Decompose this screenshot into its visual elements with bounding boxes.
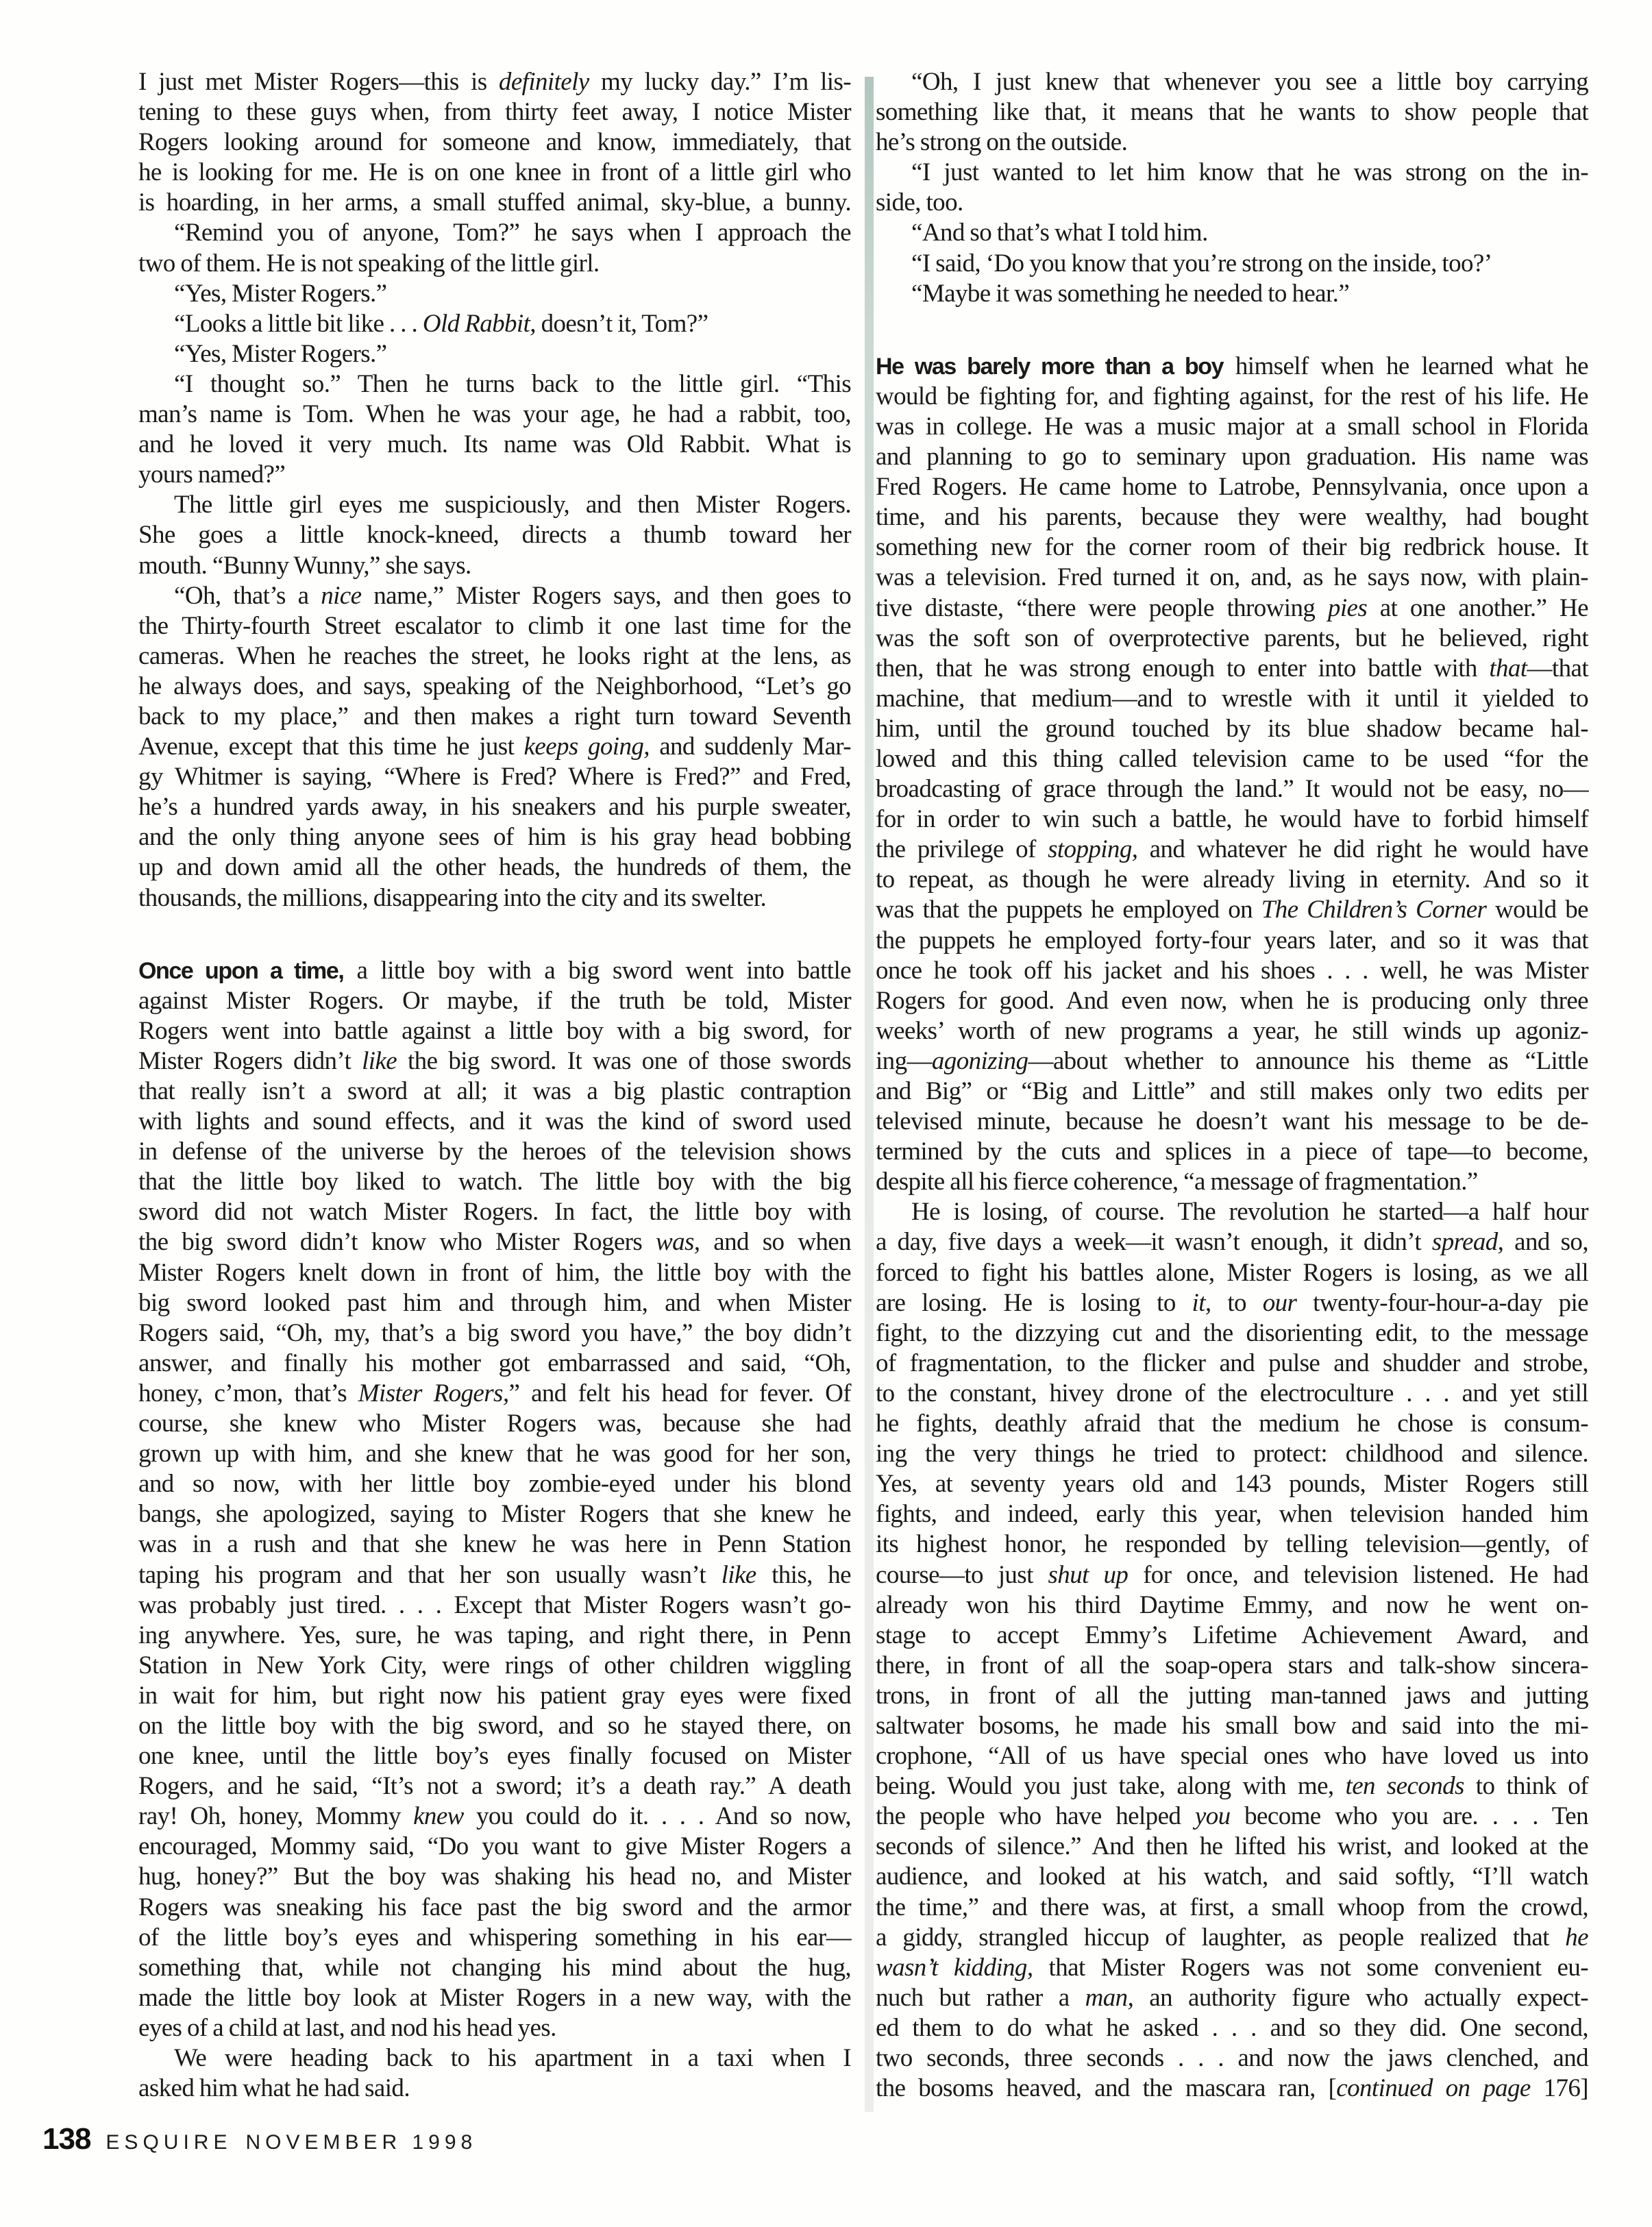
text-line: on the little boy with the big sword, an…: [138, 1711, 851, 1741]
text-line: the people who have helped you become wh…: [876, 1801, 1588, 1832]
italic-emphasis: was,: [656, 1228, 700, 1256]
section-lead-in: He was barely more than a boy: [876, 354, 1223, 380]
text-line: man’s name is Tom. When he was your age,…: [138, 399, 851, 430]
text-line: and the only thing anyone sees of him is…: [138, 822, 851, 852]
text-line: Avenue, except that this time he just ke…: [138, 732, 851, 762]
text-line: encouraged, Mommy said, “Do you want to …: [138, 1832, 851, 1862]
text-line: and so now, with her little boy zombie-e…: [138, 1469, 851, 1499]
right-column: “Oh, I just knew that whenever you see a…: [876, 67, 1588, 2104]
text-line: two of them. He is not speaking of the l…: [138, 249, 851, 279]
text-line: ing—agonizing—about whether to announce …: [876, 1046, 1588, 1076]
text-line: Yes, at seventy years old and 143 pounds…: [876, 1469, 1588, 1499]
text-line: “Oh, I just knew that whenever you see a…: [876, 67, 1588, 97]
text-line: broadcasting of grace through the land.”…: [876, 774, 1588, 804]
text-line: would be fighting for, and fighting agai…: [876, 382, 1588, 412]
text-line: then, that he was strong enough to enter…: [876, 654, 1588, 684]
left-column: I just met Mister Rogers—this is definit…: [138, 67, 851, 2104]
text-line: the Thirty-fourth Street escalator to cl…: [138, 611, 851, 641]
italic-emphasis: spread,: [1432, 1228, 1503, 1256]
italic-emphasis: it,: [1192, 1289, 1211, 1317]
italic-emphasis: ten seconds: [1346, 1772, 1464, 1800]
page-footer: 138 ESQUIRENOVEMBER 1998: [42, 2122, 477, 2156]
text-line: tening to these guys when, from thirty f…: [138, 97, 851, 127]
text-line: termined by the cuts and splices in a pi…: [876, 1137, 1588, 1167]
section-break: [876, 309, 1588, 352]
text-line: She goes a little knock-kneed, directs a…: [138, 520, 851, 550]
text-line: Station in New York City, were rings of …: [138, 1651, 851, 1681]
text-line: “Oh, that’s a nice name,” Mister Rogers …: [138, 581, 851, 611]
italic-emphasis: that: [1489, 654, 1527, 682]
text-line: was in a rush and that she knew he was h…: [138, 1529, 851, 1560]
text-line: He is losing, of course. The revolution …: [876, 1197, 1588, 1227]
italic-emphasis: continued on page: [1336, 2074, 1530, 2102]
text-line: taping his program and that her son usua…: [138, 1560, 851, 1590]
text-line: Rogers looking around for someone and kn…: [138, 127, 851, 158]
text-line: mouth. “Bunny Wunny,” she says.: [138, 551, 851, 581]
text-line: made the little boy look at Mister Roger…: [138, 1983, 851, 2013]
issue-date: NOVEMBER 1998: [245, 2131, 477, 2154]
text-line: gy Whitmer is saying, “Where is Fred? Wh…: [138, 762, 851, 792]
text-line: to the constant, hivey drone of the elec…: [876, 1379, 1588, 1409]
text-line: “I just wanted to let him know that he w…: [876, 158, 1588, 188]
text-line: Rogers was sneaking his face past the bi…: [138, 1893, 851, 1923]
text-line: already won his third Daytime Emmy, and …: [876, 1590, 1588, 1621]
text-line: hug, honey?” But the boy was shaking his…: [138, 1862, 851, 1892]
text-line: “Yes, Mister Rogers.”: [138, 339, 851, 369]
magazine-name: ESQUIRE: [106, 2131, 232, 2154]
text-line: I just met Mister Rogers—this is definit…: [138, 67, 851, 97]
text-line: seconds of silence.” And then he lifted …: [876, 1832, 1588, 1862]
text-line: he is looking for me. He is on one knee …: [138, 158, 851, 188]
gutter-rule: [865, 77, 874, 2112]
text-line: ing anywhere. Yes, sure, he was taping, …: [138, 1621, 851, 1651]
text-line: side, too.: [876, 188, 1588, 218]
text-line: being. Would you just take, along with m…: [876, 1771, 1588, 1801]
text-line: to repeat, as though he were already liv…: [876, 865, 1588, 895]
text-line: back to my place,” and then makes a righ…: [138, 702, 851, 732]
text-line: ray! Oh, honey, Mommy knew you could do …: [138, 1801, 851, 1832]
text-line: forced to fight his battles alone, Miste…: [876, 1258, 1588, 1288]
text-line: that really isn’t a sword at all; it was…: [138, 1076, 851, 1107]
text-line: course—to just shut up for once, and tel…: [876, 1560, 1588, 1590]
text-line: “I said, ‘Do you know that you’re strong…: [876, 249, 1588, 279]
text-line: in defense of the universe by the heroes…: [138, 1137, 851, 1167]
text-line: once he took off his jacket and his shoe…: [876, 956, 1588, 986]
text-line: something like that, it means that he wa…: [876, 97, 1588, 127]
text-line: despite all his fierce coherence, “a mes…: [876, 1167, 1588, 1197]
text-line: televised minute, because he doesn’t wan…: [876, 1107, 1588, 1137]
text-line: Mister Rogers didn’t like the big sword.…: [138, 1046, 851, 1076]
text-line: “Remind you of anyone, Tom?” he says whe…: [138, 218, 851, 248]
text-line: against Mister Rogers. Or maybe, if the …: [138, 986, 851, 1016]
italic-emphasis: like: [362, 1047, 397, 1075]
text-line: its highest honor, he responded by telli…: [876, 1529, 1588, 1560]
text-line: audience, and looked at his watch, and s…: [876, 1862, 1588, 1892]
text-line: he’s a hundred yards away, in his sneake…: [138, 792, 851, 822]
italic-emphasis: pies: [1328, 594, 1367, 622]
text-line: up and down amid all the other heads, th…: [138, 852, 851, 883]
text-line: of the little boy’s eyes and whispering …: [138, 1923, 851, 1953]
text-line: tive distaste, “there were people throwi…: [876, 593, 1588, 624]
text-line: Rogers for good. And even now, when he i…: [876, 986, 1588, 1016]
text-line: Rogers said, “Oh, my, that’s a big sword…: [138, 1318, 851, 1349]
text-line: and planning to go to seminary upon grad…: [876, 442, 1588, 472]
text-line: a day, five days a week—it wasn’t enough…: [876, 1227, 1588, 1257]
text-line: honey, c’mon, that’s Mister Rogers,” and…: [138, 1379, 851, 1409]
text-line: and Big” or “Big and Little” and still m…: [876, 1076, 1588, 1107]
text-line: bangs, she apologized, saying to Mister …: [138, 1499, 851, 1529]
text-line: in wait for him, but right now his patie…: [138, 1681, 851, 1711]
text-line: sword did not watch Mister Rogers. In fa…: [138, 1197, 851, 1227]
text-line: fight, to the dizzying cut and the disor…: [876, 1318, 1588, 1349]
italic-emphasis: man,: [1085, 1984, 1134, 2012]
text-line: He was barely more than a boy himself wh…: [876, 352, 1588, 382]
italic-emphasis: nice: [321, 582, 361, 610]
text-line: Rogers, and he said, “It’s not a sword; …: [138, 1771, 851, 1801]
text-line: time, and his parents, because they were…: [876, 502, 1588, 532]
text-line: was in college. He was a music major at …: [876, 412, 1588, 442]
text-line: the puppets he employed forty-four years…: [876, 926, 1588, 956]
text-line: two seconds, three seconds . . . and now…: [876, 2043, 1588, 2074]
text-line: for in order to win such a battle, he wo…: [876, 804, 1588, 835]
text-line: fights, and indeed, early this year, whe…: [876, 1499, 1588, 1529]
text-line: weeks’ worth of new programs a year, he …: [876, 1016, 1588, 1046]
text-line: machine, that medium—and to wrestle with…: [876, 684, 1588, 714]
italic-emphasis: The Children’s Corner: [1261, 896, 1487, 924]
text-line: crophone, “All of us have special ones w…: [876, 1741, 1588, 1771]
text-line: of fragmentation, to the flicker and pul…: [876, 1349, 1588, 1379]
text-line: him, until the ground touched by its blu…: [876, 714, 1588, 744]
text-line: and he loved it very much. Its name was …: [138, 430, 851, 460]
text-line: ing the very things he tried to protect:…: [876, 1439, 1588, 1469]
text-line: the time,” and there was, at first, a sm…: [876, 1893, 1588, 1923]
italic-emphasis: knew: [413, 1802, 464, 1830]
text-line: thousands, the millions, disappearing in…: [138, 883, 851, 913]
text-line: We were heading back to his apartment in…: [138, 2043, 851, 2074]
text-line: Fred Rogers. He came home to Latrobe, Pe…: [876, 472, 1588, 502]
italic-emphasis: he: [1565, 1923, 1588, 1952]
italic-emphasis: our: [1263, 1289, 1297, 1317]
text-line: he fights, deathly afraid that the mediu…: [876, 1409, 1588, 1439]
text-line: Once upon a time, a little boy with a bi…: [138, 956, 851, 986]
italic-emphasis: agonizing: [932, 1047, 1028, 1075]
text-line: lowed and this thing called television c…: [876, 744, 1588, 774]
text-line: “Maybe it was something he needed to hea…: [876, 279, 1588, 309]
text-line: Rogers went into battle against a little…: [138, 1016, 851, 1046]
italic-emphasis: shut up: [1048, 1561, 1129, 1589]
text-line: yours named?”: [138, 460, 851, 490]
text-line: with lights and sound effects, and it wa…: [138, 1107, 851, 1137]
text-line: one knee, until the little boy’s eyes fi…: [138, 1741, 851, 1771]
text-line: was the soft son of overprotective paren…: [876, 624, 1588, 654]
text-line: The little girl eyes me suspiciously, an…: [138, 490, 851, 520]
text-line: he always does, and says, speaking of th…: [138, 672, 851, 702]
text-line: asked him what he had said.: [138, 2074, 851, 2104]
italic-emphasis: definitely: [499, 68, 589, 96]
text-line: big sword looked past him and through hi…: [138, 1288, 851, 1318]
text-line: answer, and finally his mother got embar…: [138, 1349, 851, 1379]
text-line: stage to accept Emmy’s Lifetime Achievem…: [876, 1621, 1588, 1651]
text-line: was a television. Fred turned it on, and…: [876, 563, 1588, 593]
text-line: that the little boy liked to watch. The …: [138, 1167, 851, 1197]
text-line: “I thought so.” Then he turns back to th…: [138, 369, 851, 399]
italic-emphasis: wasn’t kidding,: [876, 1954, 1033, 1982]
text-line: the big sword didn’t know who Mister Rog…: [138, 1227, 851, 1257]
text-line: saltwater bosoms, he made his small bow …: [876, 1711, 1588, 1741]
italic-emphasis: Mister Rogers,: [358, 1379, 509, 1407]
text-line: he’s strong on the outside.: [876, 127, 1588, 158]
text-line: was that the puppets he employed on The …: [876, 895, 1588, 925]
text-line: eyes of a child at last, and nod his hea…: [138, 2013, 851, 2043]
text-line: Mister Rogers knelt down in front of him…: [138, 1258, 851, 1288]
section-lead-in: Once upon a time,: [138, 958, 343, 984]
text-line: “Looks a little bit like . . . Old Rabbi…: [138, 309, 851, 339]
text-line: is hoarding, in her arms, a small stuffe…: [138, 188, 851, 218]
text-line: trons, in front of all the jutting man-t…: [876, 1681, 1588, 1711]
text-line: the privilege of stopping, and whatever …: [876, 835, 1588, 865]
text-line: was probably just tired. . . . Except th…: [138, 1590, 851, 1621]
text-line: grown up with him, and she knew that he …: [138, 1439, 851, 1469]
text-line: ed them to do what he asked . . . and so…: [876, 2013, 1588, 2043]
text-line: wasn’t kidding, that Mister Rogers was n…: [876, 1953, 1588, 1983]
text-line: nuch but rather a man, an authority figu…: [876, 1983, 1588, 2013]
text-line: cameras. When he reaches the street, he …: [138, 641, 851, 672]
italic-emphasis: keeps going,: [524, 733, 650, 761]
italic-emphasis: like: [722, 1561, 756, 1589]
italic-emphasis: stopping,: [1048, 835, 1137, 863]
text-line: there, in front of all the soap-opera st…: [876, 1651, 1588, 1681]
text-line: course, she knew who Mister Rogers was, …: [138, 1409, 851, 1439]
text-line: something new for the corner room of the…: [876, 532, 1588, 563]
text-line: the bosoms heaved, and the mascara ran, …: [876, 2074, 1588, 2104]
italic-emphasis: you: [1195, 1802, 1231, 1830]
text-line: “Yes, Mister Rogers.”: [138, 279, 851, 309]
section-break: [138, 913, 851, 956]
page-number: 138: [42, 2122, 90, 2156]
text-line: “And so that’s what I told him.: [876, 218, 1588, 248]
italic-emphasis: Old Rabbit,: [423, 310, 536, 338]
magazine-page: I just met Mister Rogers—this is definit…: [0, 0, 1652, 2227]
publication-line: ESQUIRENOVEMBER 1998: [106, 2131, 477, 2154]
text-line: are losing. He is losing to it, to our t…: [876, 1288, 1588, 1318]
text-line: a giddy, strangled hiccup of laughter, a…: [876, 1923, 1588, 1953]
text-line: something that, while not changing his m…: [138, 1953, 851, 1983]
